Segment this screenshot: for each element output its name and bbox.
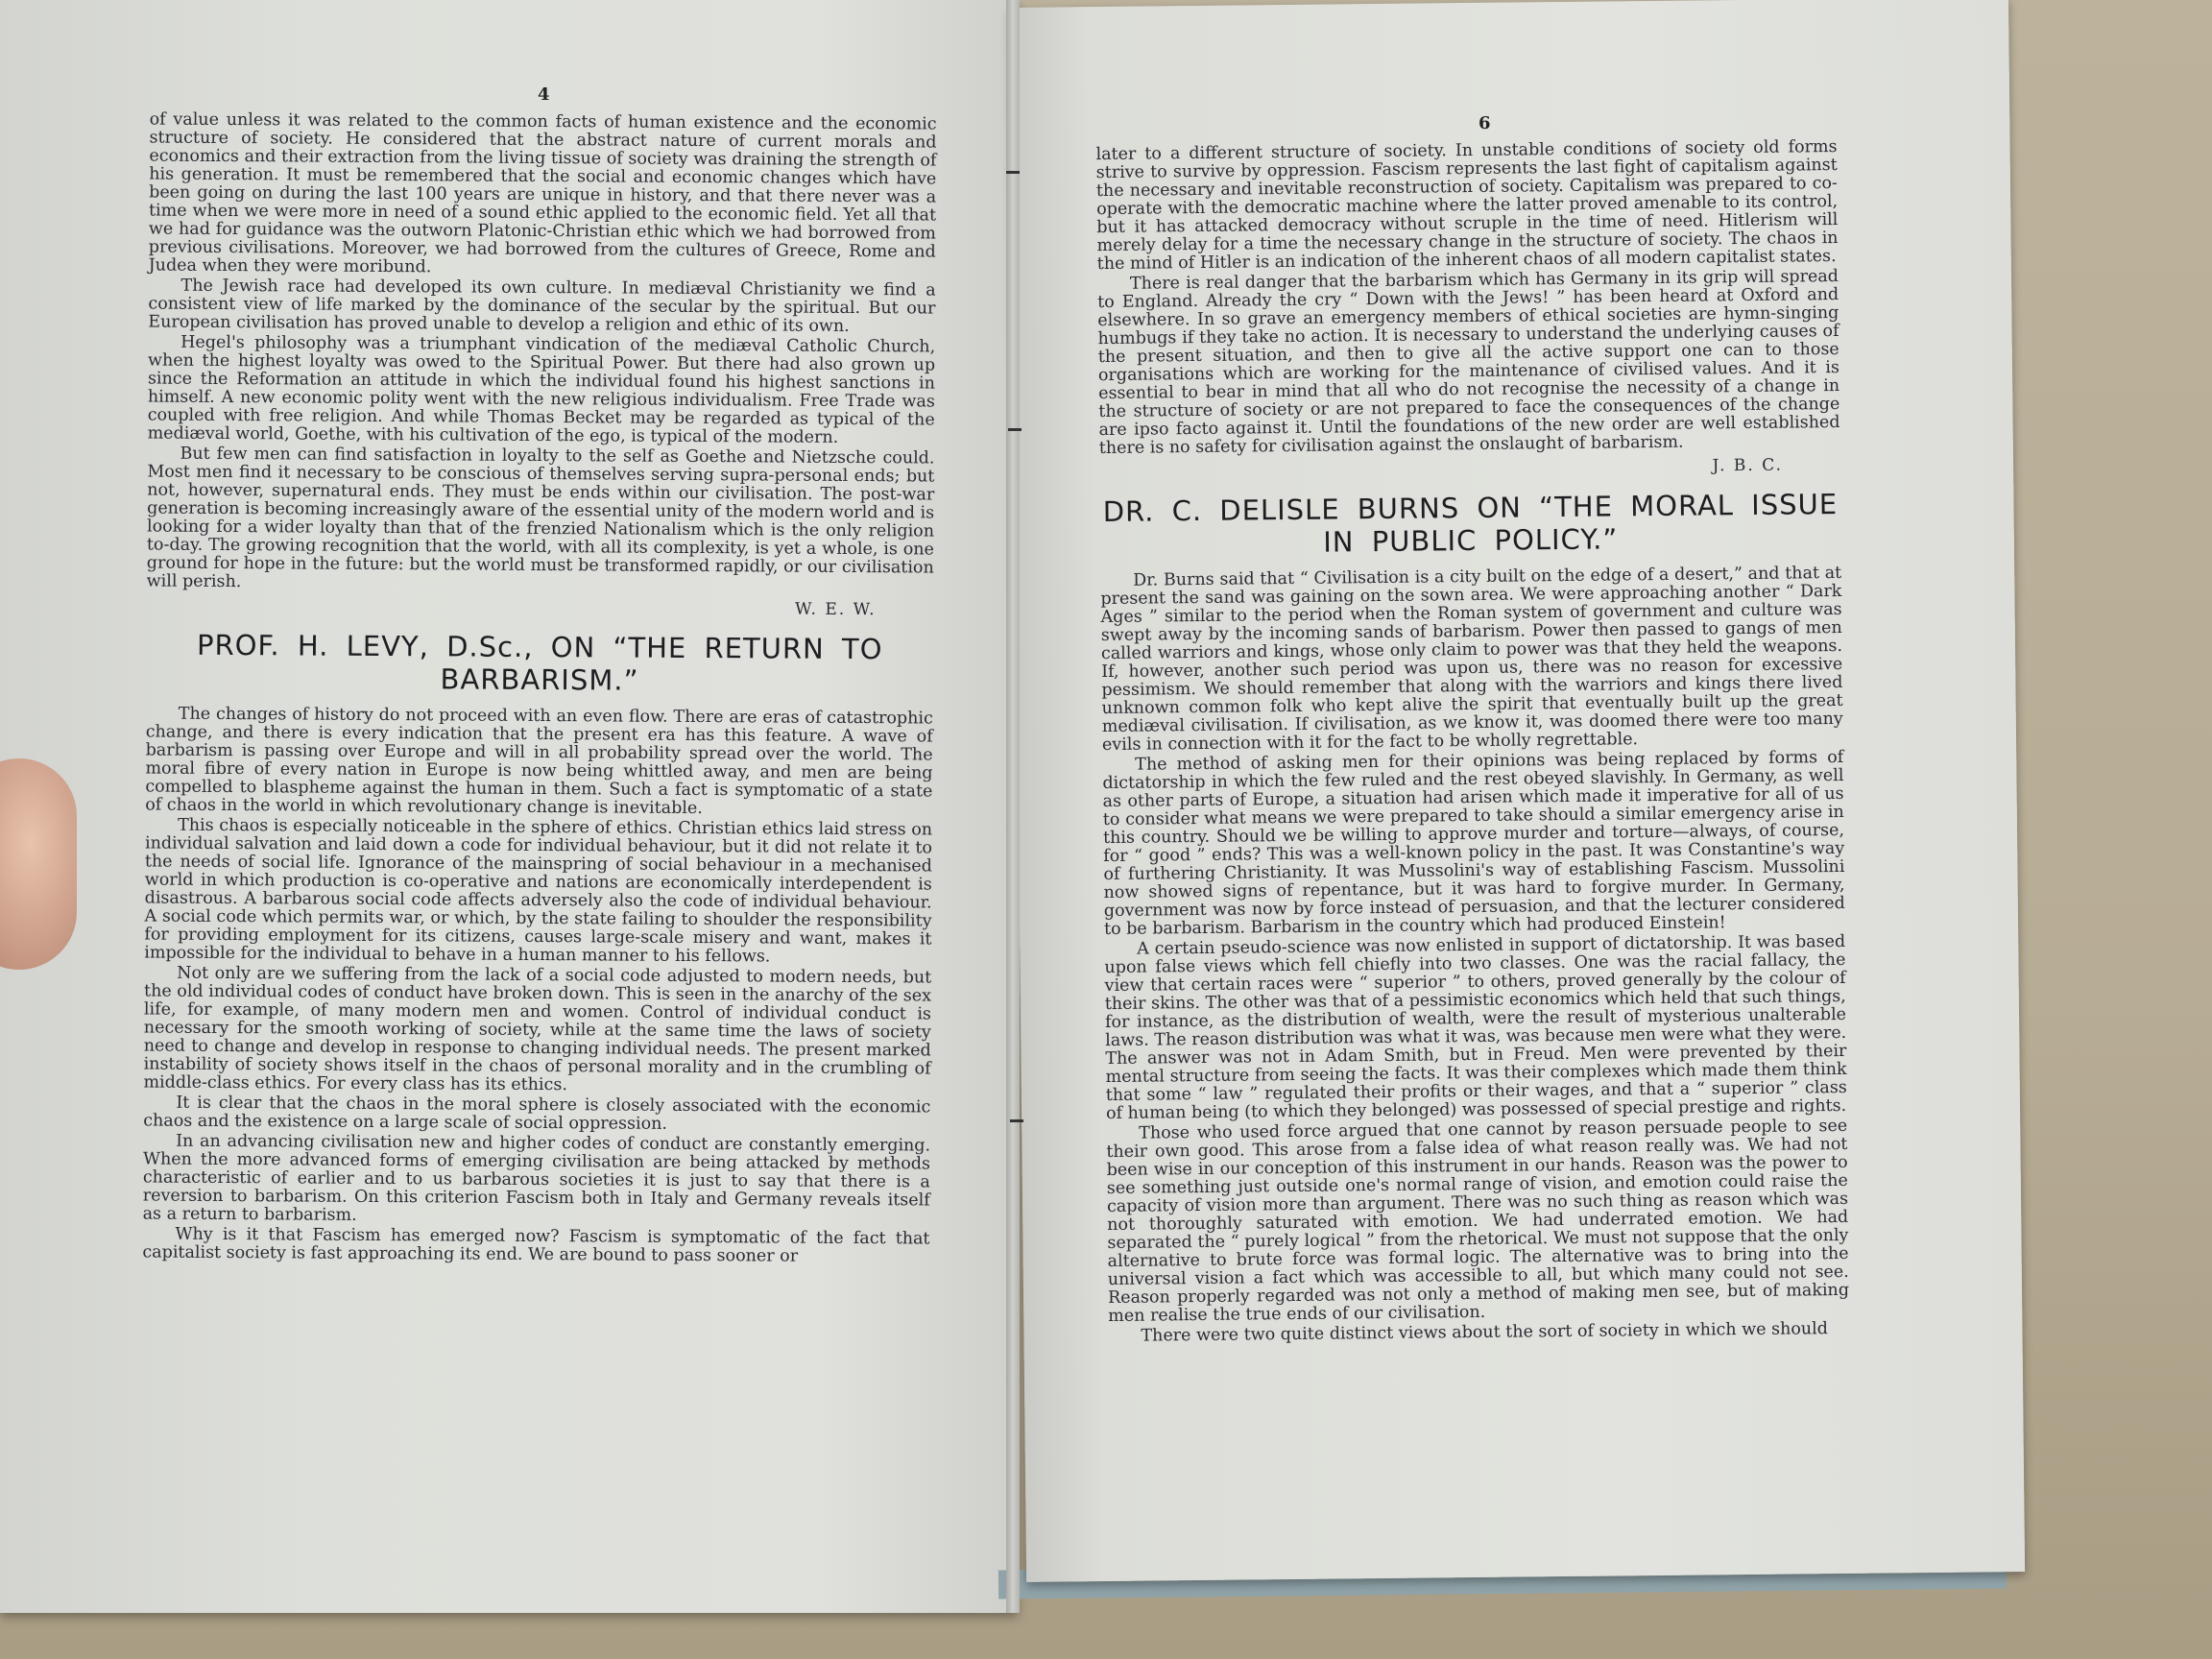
paragraph: But few men can find satisfaction in loy… [147,445,935,596]
right-page-text: later to a different structure of societ… [1095,138,1849,1348]
paragraph: A certain pseudo-science was now enliste… [1104,933,1847,1123]
book-gutter [1006,0,1020,1613]
paragraph: The changes of history do not proceed wi… [145,705,933,819]
paragraph: This chaos is especially noticeable in t… [144,816,932,967]
paragraph: Those who used force argued that one can… [1106,1118,1849,1326]
left-page-text: of value unless it was related to the co… [142,111,936,1269]
article-heading: PROF. H. LEVY, D.Sc., ON “THE RETURN TO … [146,628,933,698]
article-heading: DR. C. DELISLE BURNS ON “THE MORAL ISSUE… [1099,488,1841,561]
paragraph: Dr. Burns said that “ Civilisation is a … [1100,565,1843,755]
paragraph: In an advancing civilisation new and hig… [143,1132,931,1228]
left-page-number: 4 [538,84,550,105]
right-page-number: 6 [1479,113,1491,133]
staple-mark [1010,1119,1023,1122]
paragraph: There is real danger that the barbarism … [1097,268,1840,458]
staple-mark [1008,428,1022,431]
paragraph: Not only are we suffering from the lack … [143,964,931,1096]
staple-mark [1006,171,1020,174]
paragraph: The method of asking men for their opini… [1102,749,1845,939]
paragraph: later to a different structure of societ… [1095,138,1838,274]
paragraph: It is clear that the chaos in the moral … [143,1094,930,1135]
paragraph: The Jewish race had developed its own cu… [148,277,935,337]
author-signature: W. E. W. [146,596,876,619]
author-signature: J. B. C. [1099,457,1783,482]
paragraph: Why is it that Fascism has emerged now? … [142,1225,929,1266]
thumb-holding-page [0,758,77,970]
paragraph: Hegel's philosophy was a triumphant vind… [148,334,936,448]
paragraph: of value unless it was related to the co… [149,111,937,280]
